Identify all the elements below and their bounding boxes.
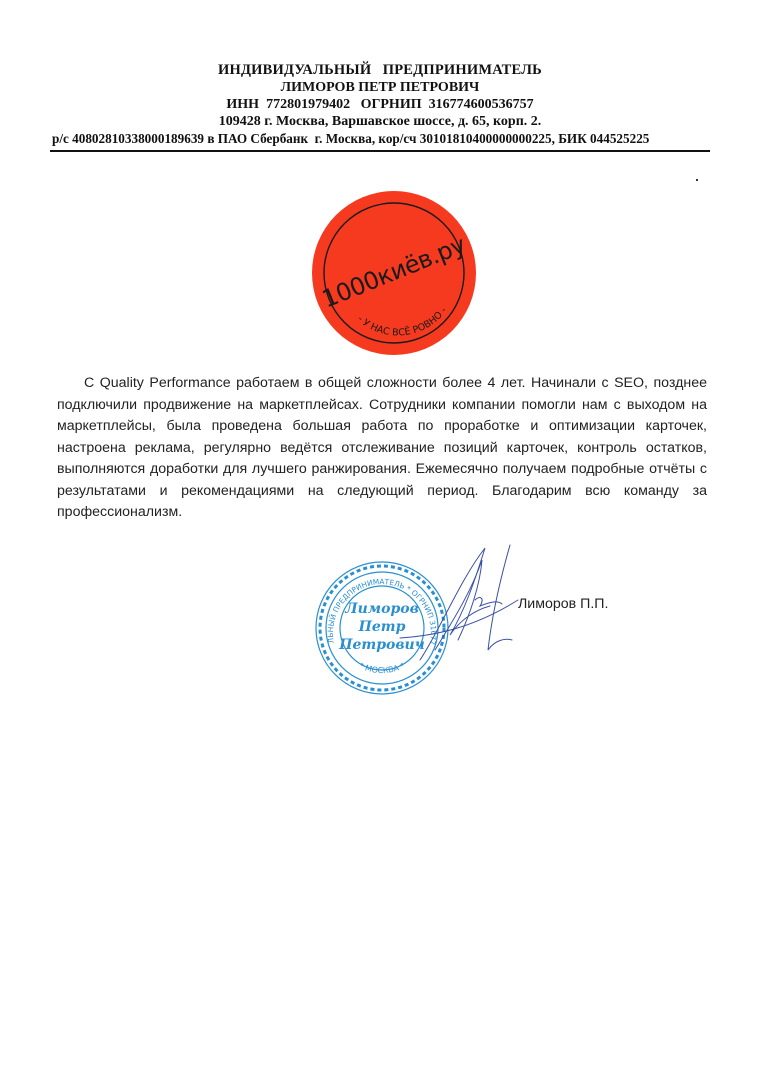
letterhead-bank-details: р/с 40802810338000189639 в ПАО Сбербанк … xyxy=(40,130,720,147)
letterhead-title: ИНДИВИДУАЛЬНЫЙ ПРЕДПРИНИМАТЕЛЬ xyxy=(40,62,720,79)
letterhead-address: 109428 г. Москва, Варшавское шоссе, д. 6… xyxy=(40,113,720,130)
testimonial-text: С Quality Performance работаем в общей с… xyxy=(57,373,707,524)
letterhead-ids: ИНН 772801979402 ОГРНИП 316774600536757 xyxy=(40,96,720,113)
company-logo: 1000киёв.ру - У НАС ВСЁ РОВНО - xyxy=(311,190,477,356)
handwritten-signature xyxy=(380,540,540,680)
header-divider xyxy=(50,150,710,152)
letterhead: ИНДИВИДУАЛЬНЫЙ ПРЕДПРИНИМАТЕЛЬ ЛИМОРОВ П… xyxy=(40,62,720,147)
signer-name: Лиморов П.П. xyxy=(518,596,608,612)
scan-speck xyxy=(696,179,698,181)
letterhead-name: ЛИМОРОВ ПЕТР ПЕТРОВИЧ xyxy=(40,79,720,96)
